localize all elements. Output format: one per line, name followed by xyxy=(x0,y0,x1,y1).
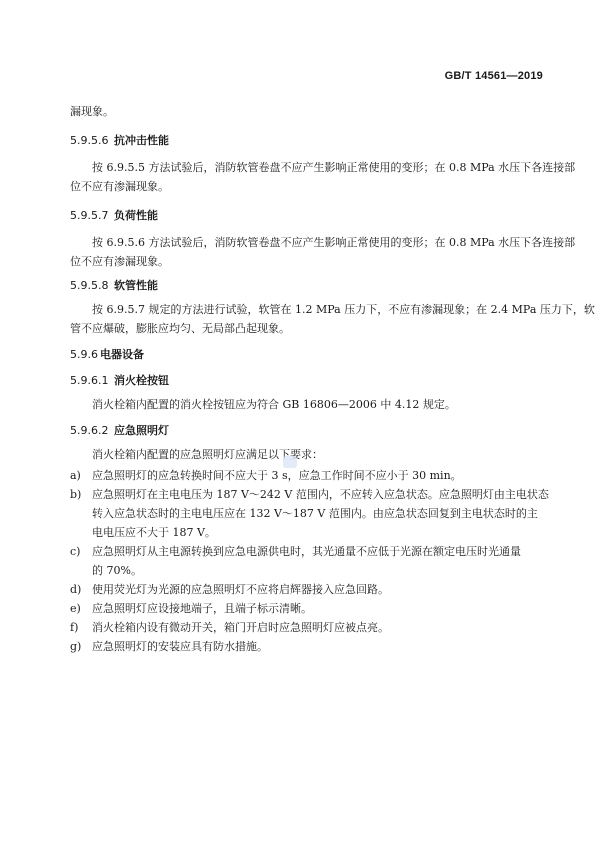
list-text: 消火栓箱内设有微动开关，箱门开启时应急照明灯应被点亮。 xyxy=(92,621,389,634)
document-page: GB/T 14561—2019 漏现象。 5.9.5.6抗冲击性能 按 6.9.… xyxy=(0,0,608,861)
list-text: 应急照明灯的应急转换时间不应大于 3 s，应急工作时间不应小于 30 min。 xyxy=(92,469,462,482)
list-item-a: a)应急照明灯的应急转换时间不应大于 3 s，应急工作时间不应小于 30 min… xyxy=(70,467,462,483)
list-marker: c) xyxy=(70,545,92,558)
list-text: 应急照明灯从主电源转换到应急电源供电时，其光通量不应低于光源在额定电压时光通量 xyxy=(92,545,521,558)
section-heading-5-9-5-8: 5.9.5.8软管性能 xyxy=(70,277,158,293)
section-heading-5-9-6: 5.9.6电器设备 xyxy=(70,346,144,362)
paragraph-line: 位不应有渗漏现象。 xyxy=(70,178,169,194)
list-text-continuation: 的 70%。 xyxy=(92,562,142,578)
list-text-continuation: 转入应急状态时的主电电压应在 132 V～187 V 范围内。由应急状态回复到主… xyxy=(92,505,538,521)
section-title: 抗冲击性能 xyxy=(114,134,169,147)
list-text: 应急照明灯应设接地端子，且端子标示清晰。 xyxy=(92,602,312,615)
list-item-e: e)应急照明灯应设接地端子，且端子标示清晰。 xyxy=(70,600,312,616)
paragraph-line: 按 6.9.5.7 规定的方法进行试验，软管在 1.2 MPa 压力下，不应有渗… xyxy=(92,301,595,317)
list-item-g: g)应急照明灯的安装应具有防水措施。 xyxy=(70,638,268,654)
scan-artifact xyxy=(283,456,297,468)
section-heading-5-9-6-1: 5.9.6.1消火栓按钮 xyxy=(70,372,169,388)
section-heading-5-9-5-6: 5.9.5.6抗冲击性能 xyxy=(70,132,169,148)
list-item-d: d)使用荧光灯为光源的应急照明灯不应将启辉器接入应急回路。 xyxy=(70,581,389,597)
list-marker: d) xyxy=(70,583,92,596)
section-title: 电器设备 xyxy=(100,348,144,361)
paragraph-line: 管不应爆破，膨胀应均匀、无局部凸起现象。 xyxy=(70,320,290,336)
paragraph-line: 按 6.9.5.6 方法试验后，消防软管卷盘不应产生影响正常使用的变形；在 0.… xyxy=(92,234,575,250)
paragraph-line: 位不应有渗漏现象。 xyxy=(70,253,169,269)
list-marker: e) xyxy=(70,602,92,615)
paragraph-line: 消火栓箱内配置的消火栓按钮应为符合 GB 16806—2006 中 4.12 规… xyxy=(92,396,456,412)
list-text: 使用荧光灯为光源的应急照明灯不应将启辉器接入应急回路。 xyxy=(92,583,389,596)
list-marker: a) xyxy=(70,469,92,482)
section-number: 5.9.6.1 xyxy=(70,374,114,387)
list-item-f: f)消火栓箱内设有微动开关，箱门开启时应急照明灯应被点亮。 xyxy=(70,619,389,635)
list-text-continuation: 电电压应不大于 187 V。 xyxy=(92,524,216,540)
list-marker: f) xyxy=(70,621,92,634)
section-heading-5-9-5-7: 5.9.5.7负荷性能 xyxy=(70,207,158,223)
section-title: 软管性能 xyxy=(114,279,158,292)
section-number: 5.9.5.7 xyxy=(70,209,114,222)
section-title: 负荷性能 xyxy=(114,209,158,222)
section-title: 应急照明灯 xyxy=(114,424,169,437)
section-title: 消火栓按钮 xyxy=(114,374,169,387)
section-heading-5-9-6-2: 5.9.6.2应急照明灯 xyxy=(70,422,169,438)
list-item-b: b)应急照明灯在主电电压为 187 V～242 V 范围内，不应转入应急状态。应… xyxy=(70,486,549,502)
list-text: 应急照明灯在主电电压为 187 V～242 V 范围内，不应转入应急状态。应急照… xyxy=(92,488,549,501)
list-marker: g) xyxy=(70,640,92,653)
section-number: 5.9.6 xyxy=(70,348,100,361)
section-number: 5.9.5.8 xyxy=(70,279,114,292)
list-marker: b) xyxy=(70,488,92,501)
section-number: 5.9.5.6 xyxy=(70,134,114,147)
list-text: 应急照明灯的安装应具有防水措施。 xyxy=(92,640,268,653)
paragraph-line: 按 6.9.5.5 方法试验后，消防软管卷盘不应产生影响正常使用的变形；在 0.… xyxy=(92,159,575,175)
paragraph-continuation: 漏现象。 xyxy=(70,103,114,119)
standard-code: GB/T 14561—2019 xyxy=(445,70,543,82)
list-item-c: c)应急照明灯从主电源转换到应急电源供电时，其光通量不应低于光源在额定电压时光通… xyxy=(70,543,521,559)
section-number: 5.9.6.2 xyxy=(70,424,114,437)
